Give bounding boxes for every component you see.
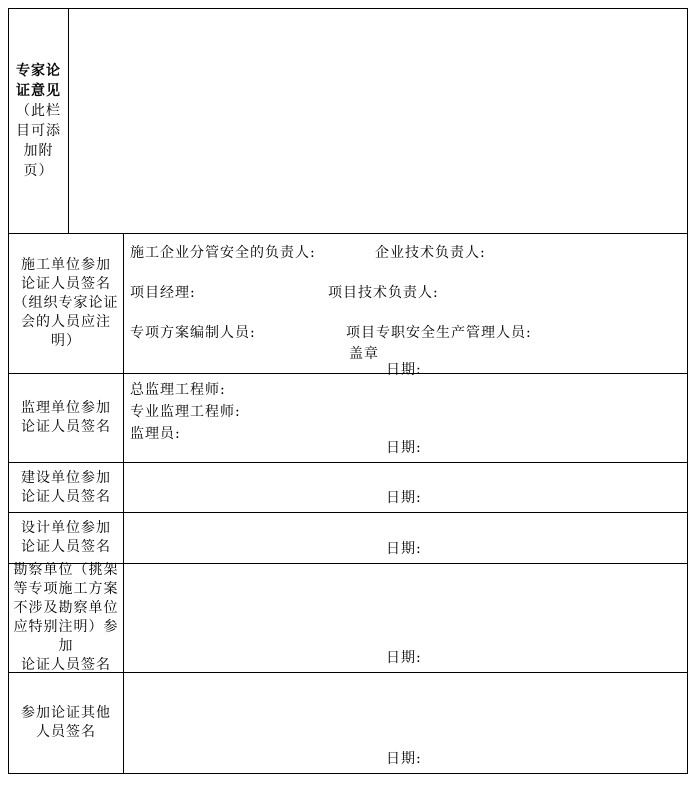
field-project-manager: 项目经理: xyxy=(130,282,196,302)
other-participants-label: 参加论证其他 人员签名 xyxy=(9,673,124,773)
row-survey-unit: 勘察单位（挑架 等专项施工方案 不涉及勘察单位 应特别注明）参 加 论证人员签名… xyxy=(9,563,687,672)
field-enterprise-tech-director: 企业技术负责人: xyxy=(375,242,486,262)
row-construction-unit: 施工单位参加 论证人员签名 （组织专家论证 会的人员应注 明） 施工企业分管安全… xyxy=(9,233,687,373)
row-expert-opinion: 专家论 证意见 （此栏 目可添 加附 页） xyxy=(9,9,687,233)
field-plan-compiler: 专项方案编制人员: xyxy=(130,322,256,342)
construction-unit-content-cell: 施工企业分管安全的负责人: 企业技术负责人: 项目经理: 项目技术负责人: 专项… xyxy=(124,234,687,373)
owner-unit-label: 建设单位参加 论证人员签名 xyxy=(9,463,124,512)
design-unit-label: 设计单位参加 论证人员签名 xyxy=(9,513,124,563)
row-owner-unit: 建设单位参加 论证人员签名 日期: xyxy=(9,462,687,512)
field-supervisor: 监理员: xyxy=(130,423,181,443)
other-participants-content-cell: 日期: xyxy=(124,673,687,773)
row-supervision-unit: 监理单位参加 论证人员签名 总监理工程师: 专业监理工程师: 监理员: 日期: xyxy=(9,373,687,462)
field-date: 日期: xyxy=(386,437,422,457)
owner-unit-content-cell: 日期: xyxy=(124,463,687,512)
survey-unit-content-cell: 日期: xyxy=(124,564,687,672)
field-safety-director: 施工企业分管安全的负责人: xyxy=(130,242,316,262)
expert-demonstration-form-page: 专家论 证意见 （此栏 目可添 加附 页） 施工单位参加 论证人员签名 （组织专… xyxy=(0,0,693,799)
row-design-unit: 设计单位参加 论证人员签名 日期: xyxy=(9,512,687,563)
construction-unit-label: 施工单位参加 论证人员签名 （组织专家论证 会的人员应注 明） xyxy=(9,234,124,373)
expert-opinion-note: （此栏 目可添 加附 页） xyxy=(16,101,61,181)
field-project-tech-director: 项目技术负责人: xyxy=(328,282,439,302)
survey-unit-label: 勘察单位（挑架 等专项施工方案 不涉及勘察单位 应特别注明）参 加 论证人员签名 xyxy=(9,564,124,672)
supervision-unit-label: 监理单位参加 论证人员签名 xyxy=(9,374,124,462)
supervision-unit-content-cell: 总监理工程师: 专业监理工程师: 监理员: 日期: xyxy=(124,374,687,462)
row-other-participants: 参加论证其他 人员签名 日期: xyxy=(9,672,687,773)
field-chief-supervision-engineer: 总监理工程师: xyxy=(130,379,226,399)
field-specialty-supervision-engineer: 专业监理工程师: xyxy=(130,401,241,421)
field-date: 日期: xyxy=(386,647,422,667)
field-date: 日期: xyxy=(386,487,422,507)
field-safety-manager: 项目专职安全生产管理人员: xyxy=(346,322,532,342)
expert-opinion-label-cell: 专家论 证意见 （此栏 目可添 加附 页） xyxy=(9,9,69,233)
expert-opinion-title: 专家论 证意见 xyxy=(16,61,61,101)
field-seal: 盖章 xyxy=(349,343,379,363)
form-table: 专家论 证意见 （此栏 目可添 加附 页） 施工单位参加 论证人员签名 （组织专… xyxy=(8,8,688,774)
field-date: 日期: xyxy=(386,538,422,558)
expert-opinion-content-cell xyxy=(69,9,687,233)
field-date: 日期: xyxy=(386,748,422,768)
design-unit-content-cell: 日期: xyxy=(124,513,687,563)
